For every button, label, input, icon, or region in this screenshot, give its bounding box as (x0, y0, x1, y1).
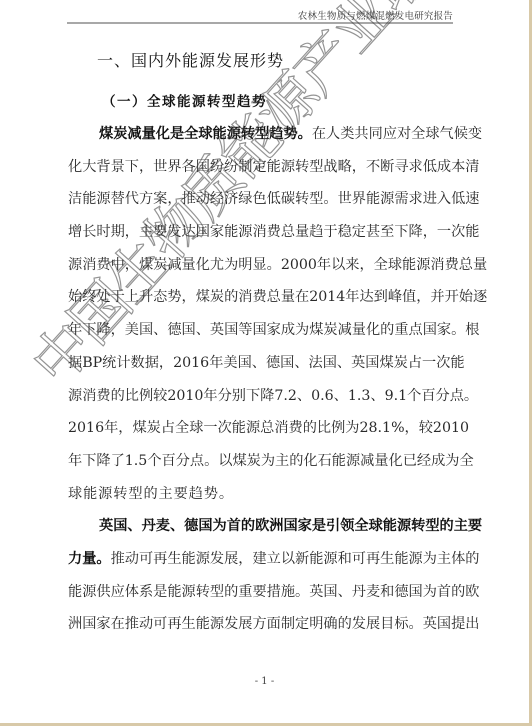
header-rule (67, 22, 453, 24)
paragraph-line: 年下降了1.5个百分点。以煤炭为主的化石能源减量化已经成为全 (68, 445, 453, 478)
paragraph-line: 增长时期，主要发达国家能源消费总量趋于稳定甚至下降，一次能 (68, 216, 453, 249)
paragraph-line: 年下降，美国、德国、英国等国家成为煤炭减量化的重点国家。根 (68, 314, 453, 347)
paragraph-line: 始终处于上升态势，煤炭的消费总量在2014年达到峰值，并开始逐 (68, 281, 453, 314)
paragraph-lead: 英国、丹麦、德国为首的欧洲国家是引领全球能源转型的主要 (68, 510, 453, 543)
paragraph-line: 洁能源替代方案，推动经济绿色低碳转型。世界能源需求进入低速 (68, 183, 453, 216)
running-header: 农林生物质与燃煤混燃发电研究报告 (67, 8, 453, 22)
body-text: 煤炭减量化是全球能源转型趋势。在人类共同应对全球气候变 化大背景下，世界各国纷纷… (68, 118, 453, 641)
paragraph-line: 2016年，煤炭占全球一次能源总消费的比例为28.1%，较2010 (68, 412, 453, 445)
document-page: 农林生物质与燃煤混燃发电研究报告 一、国内外能源发展形势 （一）全球能源转型趋势… (0, 0, 529, 723)
paragraph-line: 化大背景下，世界各国纷纷制定能源转型战略，不断寻求低成本清 (68, 151, 453, 184)
paragraph-line: 球能源转型的主要趋势。 (68, 478, 453, 511)
subsection-title: （一）全球能源转型趋势 (102, 90, 267, 110)
paragraph-line: 煤炭减量化是全球能源转型趋势。在人类共同应对全球气候变 (68, 118, 453, 151)
paragraph-line: 洲国家在推动可再生能源发展方面制定明确的发展目标。英国提出 (68, 608, 453, 641)
paragraph-lead: 煤炭减量化是全球能源转型趋势。 (99, 126, 312, 142)
paragraph-line: 源消费中，煤炭减量化尤为明显。2000年以来，全球能源消费总量 (68, 249, 453, 282)
paragraph-line: 据BP统计数据，2016年美国、德国、法国、英国煤炭占一次能 (68, 347, 453, 380)
paragraph-line: 源消费的比例较2010年分别下降7.2、0.6、1.3、9.1个百分点。 (68, 380, 453, 413)
paragraph-text: 推动可再生能源发展，建立以新能源和可再生能源为主体的 (111, 551, 480, 567)
paragraph-line: 力量。推动可再生能源发展，建立以新能源和可再生能源为主体的 (68, 543, 453, 576)
paragraph-line: 能源供应体系是能源转型的重要措施。英国、丹麦和德国为首的欧 (68, 576, 453, 609)
page-number: - 1 - (0, 676, 529, 687)
paragraph-lead: 力量。 (68, 551, 111, 567)
section-title: 一、国内外能源发展形势 (97, 48, 284, 71)
paragraph-text: 在人类共同应对全球气候变 (312, 126, 482, 142)
